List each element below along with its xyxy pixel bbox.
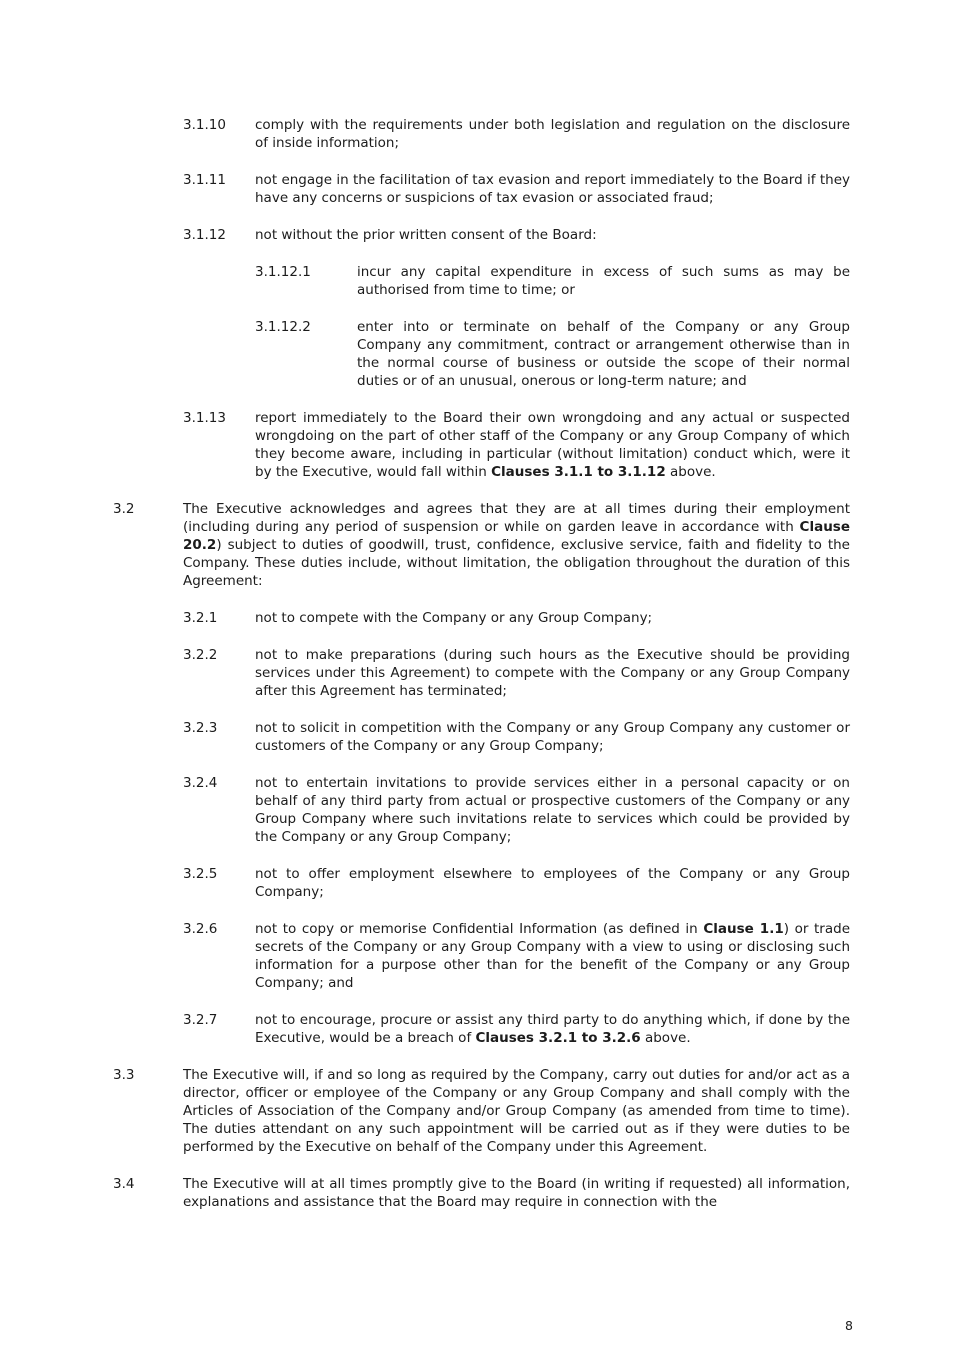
clause-number: 3.2 [113, 500, 183, 590]
clause-3.2.5: 3.2.5not to offer employment elsewhere t… [183, 865, 850, 901]
clause-3.1.12.1: 3.1.12.1incur any capital expenditure in… [255, 263, 850, 299]
clause-3.1.12.2: 3.1.12.2enter into or terminate on behal… [255, 318, 850, 390]
clause-3.2.2: 3.2.2not to make preparations (during su… [183, 646, 850, 700]
clause-text: enter into or terminate on behalf of the… [357, 318, 850, 390]
clause-3.1.10: 3.1.10comply with the requirements under… [183, 116, 850, 152]
clause-3.2.4: 3.2.4not to entertain invitations to pro… [183, 774, 850, 846]
clause-text: not to make preparations (during such ho… [255, 646, 850, 700]
clause-3.2.1: 3.2.1not to compete with the Company or … [183, 609, 850, 627]
clause-text: not without the prior written consent of… [255, 226, 850, 244]
clause-3.2: 3.2The Executive acknowledges and agrees… [113, 500, 850, 590]
clause-text: not to solicit in competition with the C… [255, 719, 850, 755]
clause-text: not to copy or memorise Confidential Inf… [255, 920, 850, 992]
clause-number: 3.2.3 [183, 719, 255, 755]
clause-number: 3.2.1 [183, 609, 255, 627]
clause-number: 3.2.5 [183, 865, 255, 901]
document-page: 3.1.10comply with the requirements under… [0, 0, 965, 1365]
clause-number: 3.4 [113, 1175, 183, 1211]
clause-number: 3.2.4 [183, 774, 255, 846]
clause-3.2.3: 3.2.3not to solicit in competition with … [183, 719, 850, 755]
clause-list: 3.1.10comply with the requirements under… [113, 116, 850, 1230]
clause-number: 3.2.7 [183, 1011, 255, 1047]
clause-3.1.12: 3.1.12not without the prior written cons… [183, 226, 850, 244]
clause-text: not to encourage, procure or assist any … [255, 1011, 850, 1047]
clause-3.1.13: 3.1.13report immediately to the Board th… [183, 409, 850, 481]
clause-number: 3.2.2 [183, 646, 255, 700]
clause-3.3: 3.3The Executive will, if and so long as… [113, 1066, 850, 1156]
clause-number: 3.3 [113, 1066, 183, 1156]
page-number: 8 [845, 1318, 853, 1334]
clause-3.1.11: 3.1.11not engage in the facilitation of … [183, 171, 850, 207]
clause-text: not to compete with the Company or any G… [255, 609, 850, 627]
clause-number: 3.2.6 [183, 920, 255, 992]
clause-text: not engage in the facilitation of tax ev… [255, 171, 850, 207]
clause-number: 3.1.10 [183, 116, 255, 152]
clause-3.4: 3.4The Executive will at all times promp… [113, 1175, 850, 1211]
clause-text: incur any capital expenditure in excess … [357, 263, 850, 299]
clause-number: 3.1.12.2 [255, 318, 357, 390]
clause-number: 3.1.13 [183, 409, 255, 481]
clause-3.2.7: 3.2.7not to encourage, procure or assist… [183, 1011, 850, 1047]
clause-number: 3.1.12.1 [255, 263, 357, 299]
clause-text: not to entertain invitations to provide … [255, 774, 850, 846]
clause-text: comply with the requirements under both … [255, 116, 850, 152]
clause-3.2.6: 3.2.6not to copy or memorise Confidentia… [183, 920, 850, 992]
clause-text: The Executive will, if and so long as re… [183, 1066, 850, 1156]
clause-number: 3.1.11 [183, 171, 255, 207]
clause-text: not to offer employment elsewhere to emp… [255, 865, 850, 901]
clause-text: The Executive will at all times promptly… [183, 1175, 850, 1211]
clause-number: 3.1.12 [183, 226, 255, 244]
clause-text: The Executive acknowledges and agrees th… [183, 500, 850, 590]
clause-text: report immediately to the Board their ow… [255, 409, 850, 481]
